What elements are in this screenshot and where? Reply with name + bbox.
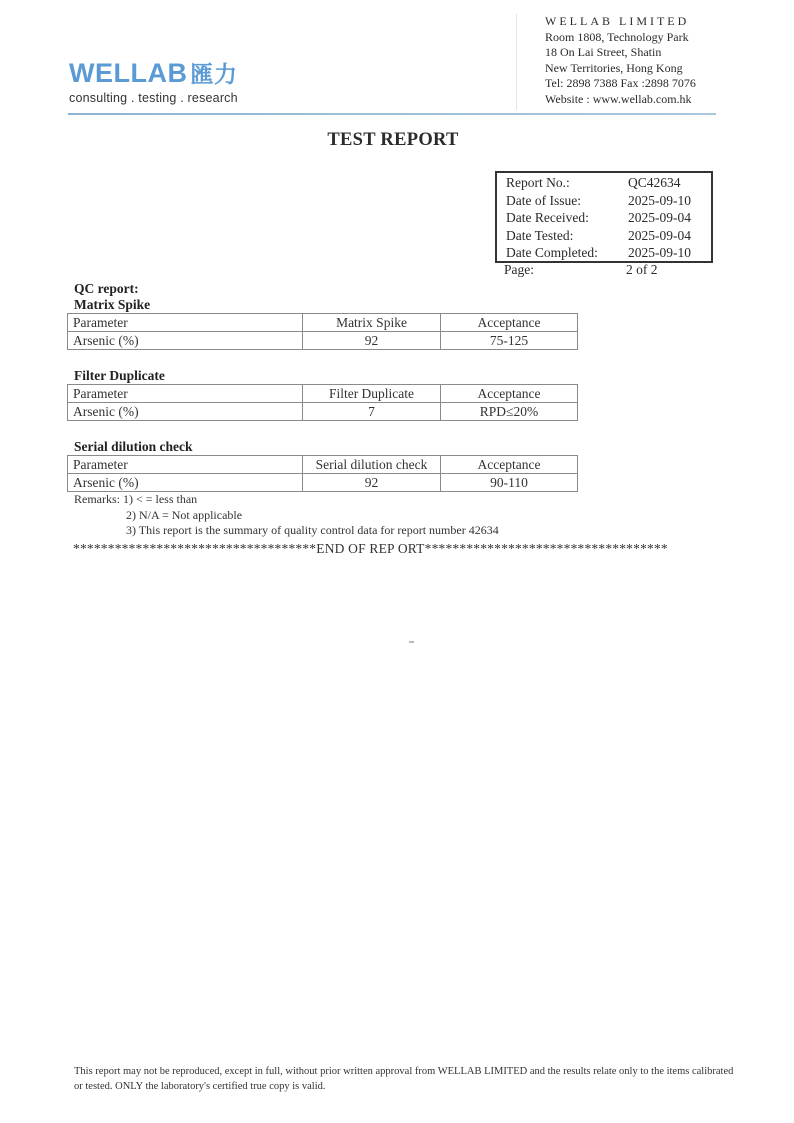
website-line: Website : www.wellab.com.hk <box>545 92 696 108</box>
matrix-spike-table: Parameter Matrix Spike Acceptance Arseni… <box>67 313 578 350</box>
company-name: WELLAB LIMITED <box>545 14 696 30</box>
report-info-box: Report No.:QC42634 Date of Issue:2025-09… <box>495 171 713 263</box>
column-header: Parameter <box>68 456 303 474</box>
section-heading-serial-dilution: Serial dilution check <box>74 439 193 455</box>
address-line: Room 1808, Technology Park <box>545 30 696 46</box>
info-label: Date Tested: <box>506 227 628 245</box>
info-label: Date Received: <box>506 209 628 227</box>
filter-duplicate-table: Parameter Filter Duplicate Acceptance Ar… <box>67 384 578 421</box>
section-heading-matrix-spike: Matrix Spike <box>74 297 150 313</box>
info-value: QC42634 <box>628 175 681 190</box>
contact-phone-fax: Tel: 2898 7388 Fax :2898 7076 <box>545 76 696 92</box>
scan-speck <box>409 641 414 643</box>
qc-report-heading: QC report: <box>74 281 139 297</box>
column-header: Filter Duplicate <box>303 385 441 403</box>
table-header-row: Parameter Matrix Spike Acceptance <box>68 314 578 332</box>
remark-line: 2) N/A = Not applicable <box>74 508 499 524</box>
company-logo: WELLAB匯力 consulting . testing . research <box>69 58 238 105</box>
header-rule <box>68 113 716 115</box>
info-row-date-tested: Date Tested:2025-09-04 <box>506 227 691 245</box>
section-heading-filter-duplicate: Filter Duplicate <box>74 368 165 384</box>
footer-disclaimer: This report may not be reproduced, excep… <box>74 1064 734 1094</box>
page-title: TEST REPORT <box>0 130 786 151</box>
info-value: 2025-09-04 <box>628 210 691 225</box>
info-row-date-completed: Date Completed:2025-09-10 <box>506 244 691 262</box>
serial-dilution-table: Parameter Serial dilution check Acceptan… <box>67 455 578 492</box>
page-label: Page: <box>504 262 626 278</box>
table-cell: 90-110 <box>441 474 578 492</box>
remark-line: Remarks: 1) < = less than <box>74 492 499 508</box>
info-row-date-of-issue: Date of Issue:2025-09-10 <box>506 192 691 210</box>
table-cell: Arsenic (%) <box>68 474 303 492</box>
address-divider <box>516 14 517 110</box>
table-row: Arsenic (%) 92 75-125 <box>68 332 578 350</box>
table-cell: 92 <box>303 474 441 492</box>
info-label: Report No.: <box>506 174 628 192</box>
column-header: Matrix Spike <box>303 314 441 332</box>
table-cell: Arsenic (%) <box>68 403 303 421</box>
address-line: New Territories, Hong Kong <box>545 61 696 77</box>
remarks: Remarks: 1) < = less than 2) N/A = Not a… <box>74 492 499 539</box>
column-header: Parameter <box>68 385 303 403</box>
table-cell: 7 <box>303 403 441 421</box>
logo-wordmark: WELLAB匯力 <box>69 58 238 90</box>
column-header: Acceptance <box>441 314 578 332</box>
table-header-row: Parameter Serial dilution check Acceptan… <box>68 456 578 474</box>
info-value: 2025-09-10 <box>628 193 691 208</box>
table-header-row: Parameter Filter Duplicate Acceptance <box>68 385 578 403</box>
logo-text: WELLAB <box>69 58 187 88</box>
info-row-date-received: Date Received:2025-09-04 <box>506 209 691 227</box>
table-row: Arsenic (%) 7 RPD≤20% <box>68 403 578 421</box>
column-header: Acceptance <box>441 456 578 474</box>
info-value: 2025-09-10 <box>628 245 691 260</box>
table-cell: Arsenic (%) <box>68 332 303 350</box>
column-header: Acceptance <box>441 385 578 403</box>
logo-tagline: consulting . testing . research <box>69 91 238 105</box>
info-value: 2025-09-04 <box>628 228 691 243</box>
info-row-report-no: Report No.:QC42634 <box>506 174 681 192</box>
page-value: 2 of 2 <box>626 262 658 277</box>
end-of-report-marker: ***********************************END O… <box>73 541 668 557</box>
company-address-block: WELLAB LIMITED Room 1808, Technology Par… <box>545 14 696 108</box>
info-label: Date of Issue: <box>506 192 628 210</box>
column-header: Serial dilution check <box>303 456 441 474</box>
table-cell: 92 <box>303 332 441 350</box>
table-cell: RPD≤20% <box>441 403 578 421</box>
remark-line: 3) This report is the summary of quality… <box>74 523 499 539</box>
logo-cjk-text: 匯力 <box>190 62 237 88</box>
column-header: Parameter <box>68 314 303 332</box>
address-line: 18 On Lai Street, Shatin <box>545 45 696 61</box>
table-cell: 75-125 <box>441 332 578 350</box>
table-row: Arsenic (%) 92 90-110 <box>68 474 578 492</box>
page-number: Page:2 of 2 <box>504 262 658 278</box>
info-label: Date Completed: <box>506 244 628 262</box>
